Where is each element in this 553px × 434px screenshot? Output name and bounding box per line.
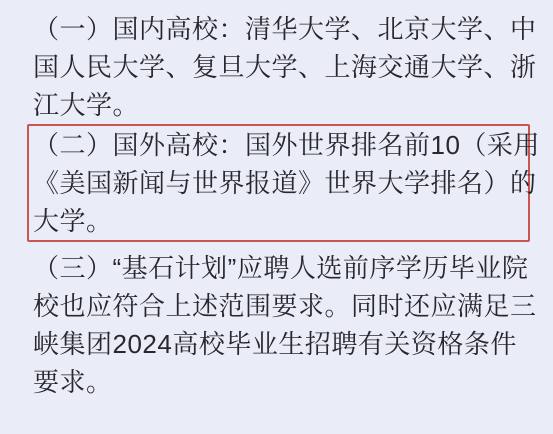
paragraph-domestic-universities: （一）国内高校：清华大学、北京大学、中 国人民大学、复旦大学、上海交通大学、浙 … [33,10,530,124]
text-line: 江大学。 [33,86,530,124]
text-line: 《美国新闻与世界报道》世界大学排名）的 [33,164,522,202]
text-line: 大学。 [33,202,522,240]
text-line: 要求。 [33,363,530,401]
paragraph-keystone-plan: （三）“基石计划”应聘人选前序学历毕业院 校也应符合上述范围要求。同时还应满足三… [33,249,530,401]
text-line: （三）“基石计划”应聘人选前序学历毕业院 [33,249,530,287]
text-line: （二）国外高校：国外世界排名前10（采用 [33,126,522,164]
text-line: 国人民大学、复旦大学、上海交通大学、浙 [33,48,530,86]
highlight-box: （二）国外高校：国外世界排名前10（采用 《美国新闻与世界报道》世界大学排名）的… [27,124,530,242]
text-line: 峡集团2024高校毕业生招聘有关资格条件 [33,325,530,363]
text-line: （一）国内高校：清华大学、北京大学、中 [33,10,530,48]
text-line: 校也应符合上述范围要求。同时还应满足三 [33,287,530,325]
document-page: （一）国内高校：清华大学、北京大学、中 国人民大学、复旦大学、上海交通大学、浙 … [0,0,553,434]
paragraph-foreign-universities: （二）国外高校：国外世界排名前10（采用 《美国新闻与世界报道》世界大学排名）的… [33,126,522,240]
